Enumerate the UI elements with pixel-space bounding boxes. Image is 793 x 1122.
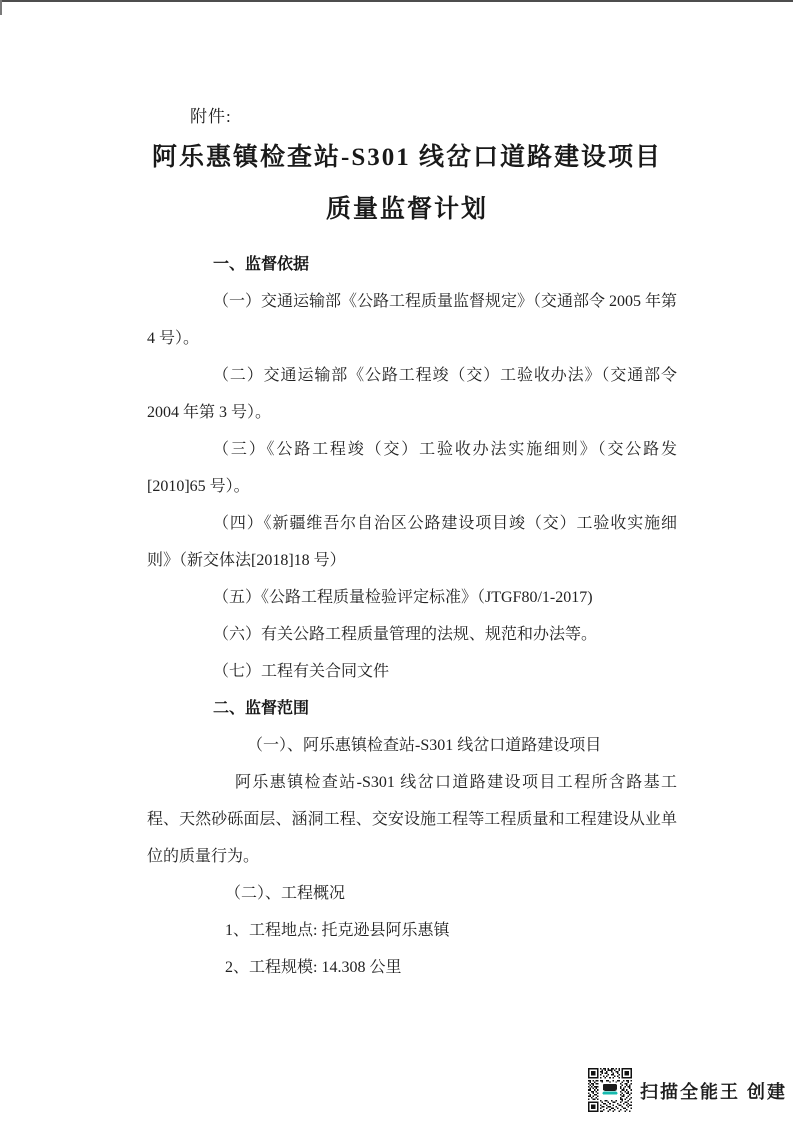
basis-item-2: （二）交通运输部《公路工程竣（交）工验收办法》（交通部令 2004 年第 3 号… [147, 357, 677, 431]
basis-item-5: （五）《公路工程质量检验评定标准》（JTGF80/1-2017) [147, 579, 677, 616]
basis-item-7: （七）工程有关合同文件 [147, 653, 677, 690]
basis-item-3: （三）《公路工程竣（交）工验收办法实施细则》（交公路发[2010]65 号）。 [147, 431, 677, 505]
document-body: 一、监督依据 （一）交通运输部《公路工程质量监督规定》（交通部令 2005 年第… [147, 246, 677, 986]
qr-code-icon [588, 1068, 632, 1112]
qr-logo-accent [603, 1092, 618, 1095]
qr-logo-glyph [603, 1084, 617, 1091]
scope-item-1: （一）、阿乐惠镇检查站-S301 线岔口道路建设项目 [147, 727, 677, 764]
project-scale: 2、工程规模: 14.308 公里 [147, 949, 677, 986]
scope-item-2: （二）、工程概况 [147, 875, 677, 912]
heading-supervision-basis: 一、监督依据 [147, 246, 677, 283]
scanned-document-page: 附件: 阿乐惠镇检查站-S301 线岔口道路建设项目 质量监督计划 一、监督依据… [0, 0, 793, 1122]
document-title: 阿乐惠镇检查站-S301 线岔口道路建设项目 质量监督计划 [147, 132, 667, 236]
scanner-watermark-text: 扫描全能王 创建 [640, 1078, 787, 1104]
scanner-watermark: 扫描全能王 创建 [588, 1066, 793, 1114]
basis-item-4: （四）《新疆维吾尔自治区公路建设项目竣（交）工验收实施细则》（新交体法[2018… [147, 505, 677, 579]
scan-artifact-top-line [0, 0, 793, 2]
scope-body-paragraph: 阿乐惠镇检查站-S301 线岔口道路建设项目工程所含路基工程、天然砂砾面层、涵洞… [147, 764, 677, 875]
scan-artifact-left-line [0, 0, 2, 15]
basis-item-6: （六）有关公路工程质量管理的法规、规范和办法等。 [147, 616, 677, 653]
document-title-line1: 阿乐惠镇检查站-S301 线岔口道路建设项目 [147, 132, 667, 184]
project-location: 1、工程地点: 托克逊县阿乐惠镇 [147, 912, 677, 949]
document-title-line2: 质量监督计划 [147, 184, 667, 236]
basis-item-1: （一）交通运输部《公路工程质量监督规定》（交通部令 2005 年第 4 号）。 [147, 283, 677, 357]
attachment-label: 附件: [190, 102, 232, 127]
heading-supervision-scope: 二、监督范围 [147, 690, 677, 727]
